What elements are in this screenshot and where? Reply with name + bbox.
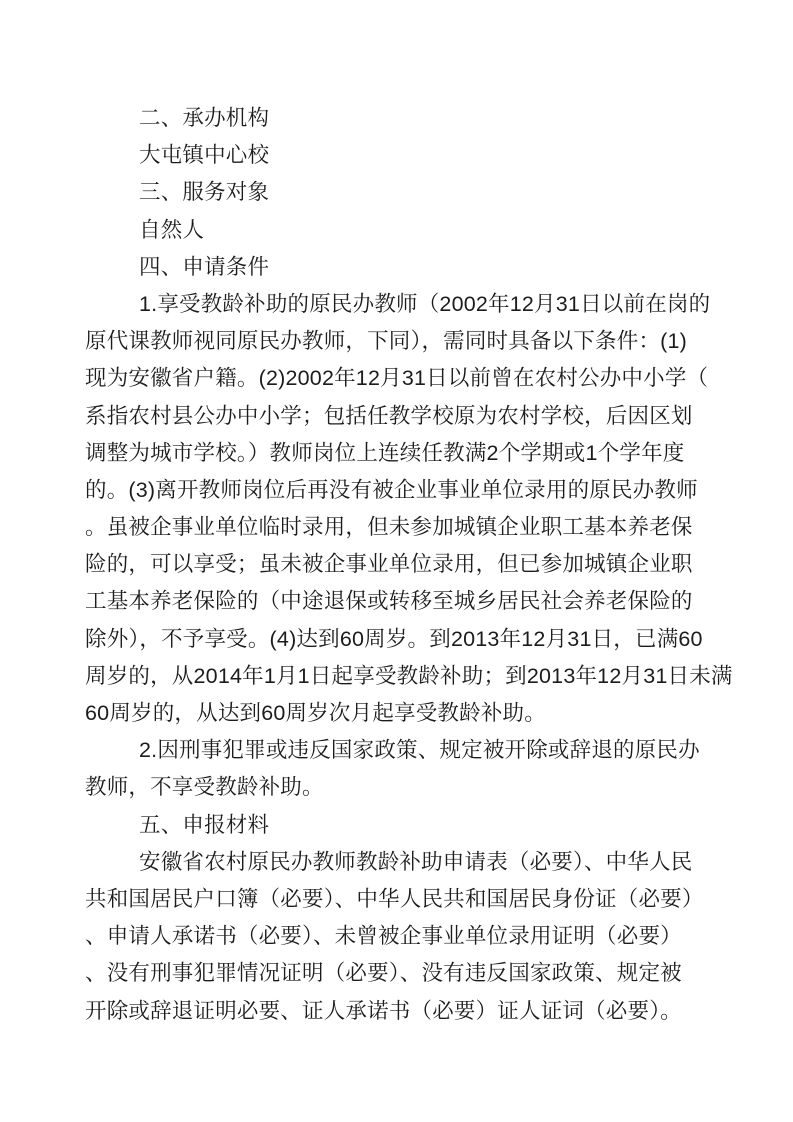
document-body: 二、承办机构大屯镇中心校三、服务对象自然人四、申请条件1.享受教龄补助的原民办教… [85, 100, 745, 1030]
text-line: 三、服务对象 [85, 174, 745, 211]
text-line: 教师，不享受教龄补助。 [85, 769, 745, 806]
section-heading: 三、服务对象 [85, 174, 745, 211]
text-line: 开除或辞退证明必要、证人承诺书（必要）证人证词（必要）。 [85, 993, 745, 1030]
text-line: 、没有刑事犯罪情况证明（必要）、没有违反国家政策、规定被 [85, 955, 745, 992]
text-line: 除外），不予享受。(4)达到60周岁。到2013年12月31日，已满60 [85, 621, 745, 658]
text-line: 原代课教师视同原民办教师，下同），需同时具备以下条件：(1) [85, 323, 745, 360]
text-line: 的。(3)离开教师岗位后再没有被企业事业单位录用的原民办教师 [85, 472, 745, 509]
text-line: 、申请人承诺书（必要）、未曾被企事业单位录用证明（必要） [85, 918, 745, 955]
section-heading: 四、申请条件 [85, 249, 745, 286]
section-heading: 五、申报材料 [85, 807, 745, 844]
text-line: 2.因刑事犯罪或违反国家政策、规定被开除或辞退的原民办 [85, 732, 745, 769]
text-line: 系指农村县公办中小学；包括任教学校原为农村学校，后因区划 [85, 398, 745, 435]
paragraph: 安徽省农村原民办教师教龄补助申请表（必要）、中华人民共和国居民户口簿（必要）、中… [85, 844, 745, 1030]
paragraph: 2.因刑事犯罪或违反国家政策、规定被开除或辞退的原民办教师，不享受教龄补助。 [85, 732, 745, 806]
text-line: 安徽省农村原民办教师教龄补助申请表（必要）、中华人民 [85, 844, 745, 881]
text-line: 五、申报材料 [85, 807, 745, 844]
text-line: 险的，可以享受；虽未被企事业单位录用，但已参加城镇企业职 [85, 546, 745, 583]
text-line: 工基本养老保险的（中途退保或转移至城乡居民社会养老保险的 [85, 583, 745, 620]
section-heading: 二、承办机构 [85, 100, 745, 137]
paragraph: 大屯镇中心校 [85, 137, 745, 174]
text-line: 。虽被企事业单位临时录用，但未参加城镇企业职工基本养老保 [85, 509, 745, 546]
paragraph: 1.享受教龄补助的原民办教师（2002年12月31日以前在岗的原代课教师视同原民… [85, 286, 745, 732]
text-line: 共和国居民户口簿（必要）、中华人民共和国居民身份证（必要） [85, 881, 745, 918]
text-line: 60周岁的，从达到60周岁次月起享受教龄补助。 [85, 695, 745, 732]
text-line: 自然人 [85, 212, 745, 249]
text-line: 周岁的，从2014年1月1日起享受教龄补助；到2013年12月31日未满 [85, 658, 745, 695]
document-page: 二、承办机构大屯镇中心校三、服务对象自然人四、申请条件1.享受教龄补助的原民办教… [0, 0, 793, 1122]
text-line: 二、承办机构 [85, 100, 745, 137]
text-line: 1.享受教龄补助的原民办教师（2002年12月31日以前在岗的 [85, 286, 745, 323]
text-line: 四、申请条件 [85, 249, 745, 286]
paragraph: 自然人 [85, 212, 745, 249]
text-line: 现为安徽省户籍。(2)2002年12月31日以前曾在农村公办中小学（ [85, 360, 745, 397]
text-line: 调整为城市学校。）教师岗位上连续任教满2个学期或1个学年度 [85, 435, 745, 472]
text-line: 大屯镇中心校 [85, 137, 745, 174]
